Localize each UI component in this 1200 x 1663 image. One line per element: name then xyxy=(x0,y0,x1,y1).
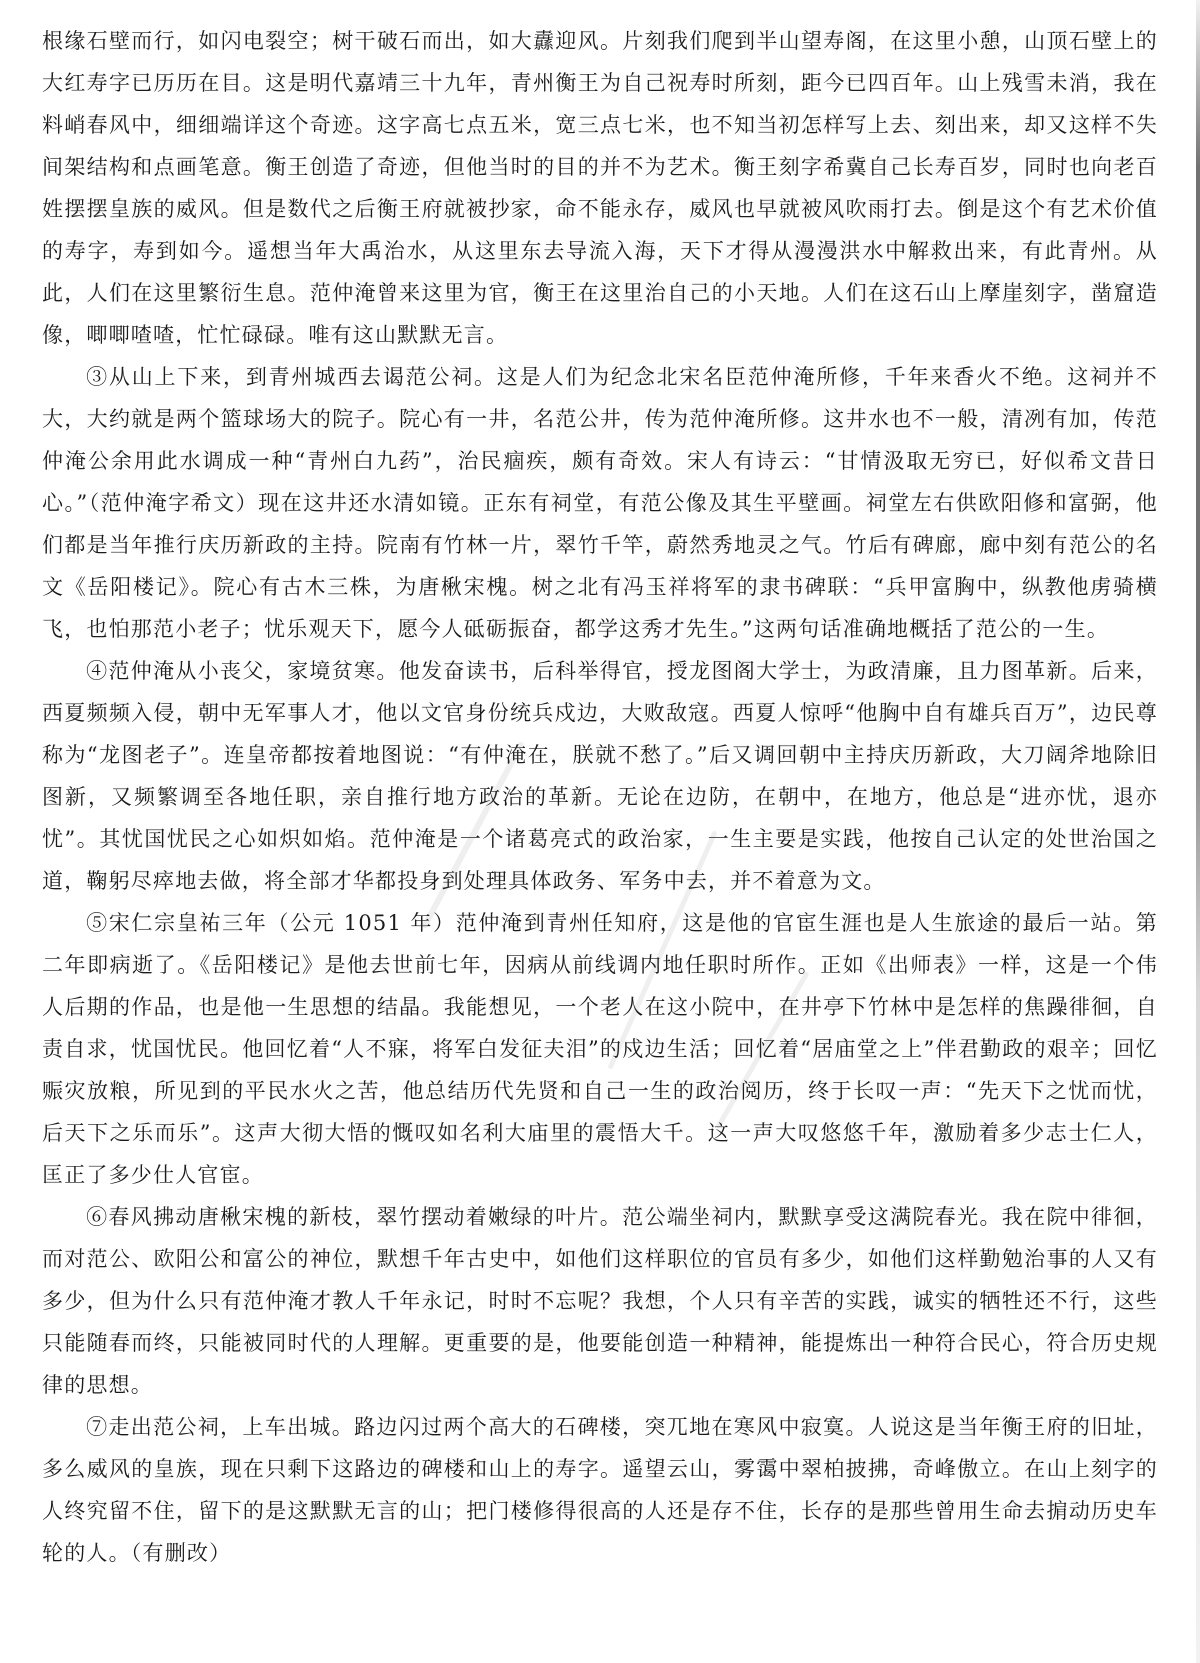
scanned-document-page: 根缘石壁而行，如闪电裂空；树干破石而出，如大纛迎风。片刻我们爬到半山望寿阁，在这… xyxy=(0,0,1200,1663)
essay-body: 根缘石壁而行，如闪电裂空；树干破石而出，如大纛迎风。片刻我们爬到半山望寿阁，在这… xyxy=(42,20,1158,1574)
paragraph-2-continuation: 根缘石壁而行，如闪电裂空；树干破石而出，如大纛迎风。片刻我们爬到半山望寿阁，在这… xyxy=(42,20,1158,356)
scanner-edge-artifact xyxy=(1196,0,1200,1663)
paragraph-5: ⑤宋仁宗皇祐三年（公元 1051 年）范仲淹到青州任知府，这是他的官宦生涯也是人… xyxy=(42,902,1158,1196)
paragraph-6: ⑥春风拂动唐楸宋槐的新枝，翠竹摆动着嫩绿的叶片。范公端坐祠内，默默享受这满院春光… xyxy=(42,1196,1158,1406)
paragraph-7: ⑦走出范公祠，上车出城。路边闪过两个高大的石碑楼，突兀地在寒风中寂寞。人说这是当… xyxy=(42,1406,1158,1574)
paragraph-4: ④范仲淹从小丧父，家境贫寒。他发奋读书，后科举得官，授龙图阁大学士，为政清廉，且… xyxy=(42,650,1158,902)
paragraph-3: ③从山上下来，到青州城西去谒范公祠。这是人们为纪念北宋名臣范仲淹所修，千年来香火… xyxy=(42,356,1158,650)
